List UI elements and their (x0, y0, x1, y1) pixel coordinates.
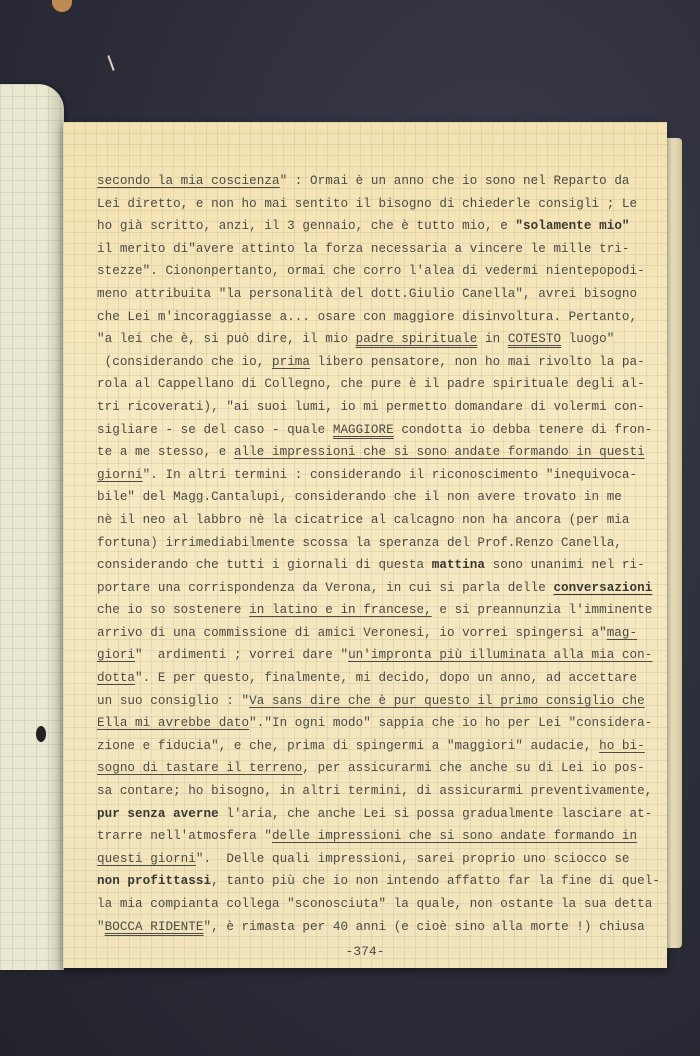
text-segment: il merito di"avere attinto la forza nece… (97, 242, 630, 256)
text-line: (considerando che io, prima libero pensa… (97, 351, 663, 374)
text-line: meno attribuita "la personalità del dott… (97, 283, 663, 306)
text-segment: meno attribuita "la personalità del dott… (97, 287, 637, 301)
text-segment: bile" del Magg.Cantalupi, considerando c… (97, 490, 622, 504)
text-segment: tri ricoverati), "ai suoi lumi, io mi pe… (97, 400, 645, 414)
text-segment: la mia compianta collega "sconosciuta" l… (97, 897, 652, 911)
text-segment: in (477, 332, 507, 346)
text-segment: luogo" (561, 332, 614, 346)
text-segment: che Lei m'incoraggiasse a... osare con m… (97, 310, 637, 324)
text-segment: nè il neo al labbro nè la cicatrice al c… (97, 513, 630, 527)
emphasized-text: mag- (607, 626, 637, 640)
text-segment: trarre nell'atmosfera " (97, 829, 272, 843)
text-segment: "a lei che è, si può dire, il mio (97, 332, 356, 346)
text-line: Ella mi avrebbe dato"."In ogni modo" sap… (97, 712, 663, 735)
emphasized-text: giorni (97, 468, 143, 482)
emphasized-text: sogno di tastare il terreno (97, 761, 302, 775)
text-segment: sa contare; ho bisogno, in altri termini… (97, 784, 652, 798)
dust-fiber (107, 55, 114, 71)
text-line: considerando che tutti i giornali di que… (97, 554, 663, 577)
text-line: nè il neo al labbro nè la cicatrice al c… (97, 509, 663, 532)
text-line: giori" ardimenti ; vorrei dare "un'impro… (97, 644, 663, 667)
text-line: secondo la mia coscienza" : Ormai è un a… (97, 170, 663, 193)
emphasized-text: non profittassi (97, 874, 211, 888)
text-segment: che io so sostenere (97, 603, 249, 617)
text-segment: libero pensatore, non ho mai rivolto la … (310, 355, 645, 369)
text-line: un suo consiglio : "Va sans dire che è p… (97, 690, 663, 713)
text-line: portare una corrispondenza da Verona, in… (97, 577, 663, 600)
emphasized-text: ho bi- (599, 739, 645, 753)
text-line: non profittassi, tanto più che io non in… (97, 870, 663, 893)
text-segment: (considerando che io, (97, 355, 272, 369)
text-segment: ". Delle quali impressioni, sarei propri… (196, 852, 630, 866)
emphasized-text: pur senza averne (97, 807, 219, 821)
emphasized-text: un'impronta più illuminata alla mia con- (348, 648, 652, 662)
text-line: che io so sostenere in latino e in franc… (97, 599, 663, 622)
text-line: che Lei m'incoraggiasse a... osare con m… (97, 306, 663, 329)
emphasized-text: Ella mi avrebbe dato (97, 716, 249, 730)
text-segment: stezze". Ciononpertanto, ormai che corro… (97, 264, 645, 278)
text-segment: ". E per questo, finalmente, mi decido, … (135, 671, 637, 685)
text-segment: ", è rimasta per 40 anni (e cioè sino al… (204, 920, 645, 934)
text-segment: zione e fiducia", e che, prima di spinge… (97, 739, 599, 753)
text-line: zione e fiducia", e che, prima di spinge… (97, 735, 663, 758)
text-line: stezze". Ciononpertanto, ormai che corro… (97, 260, 663, 283)
previous-page-curled (0, 84, 64, 970)
text-segment: fortuna) irrimediabilmente scossa la spe… (97, 536, 622, 550)
text-segment: portare una corrispondenza da Verona, in… (97, 581, 553, 595)
text-segment: considerando che tutti i giornali di que… (97, 558, 432, 572)
emphasized-text: "solamente mio" (515, 219, 629, 233)
text-line: questi giorni". Delle quali impressioni,… (97, 848, 663, 871)
emphasized-text: MAGGIORE (333, 423, 394, 437)
binder-clip (52, 0, 72, 12)
text-line: "BOCCA RIDENTE", è rimasta per 40 anni (… (97, 916, 663, 939)
text-line: tri ricoverati), "ai suoi lumi, io mi pe… (97, 396, 663, 419)
text-segment: ". In altri termini : considerando il ri… (143, 468, 638, 482)
text-segment: e si preannunzia l'imminente (432, 603, 653, 617)
text-segment: sigliare - se del caso - quale (97, 423, 333, 437)
text-segment: te a me stesso, e (97, 445, 234, 459)
text-line: sa contare; ho bisogno, in altri termini… (97, 780, 663, 803)
emphasized-text: BOCCA RIDENTE (105, 920, 204, 934)
text-line: trarre nell'atmosfera "delle impressioni… (97, 825, 663, 848)
emphasized-text: dotta (97, 671, 135, 685)
text-segment: un suo consiglio : " (97, 694, 249, 708)
text-line: "a lei che è, si può dire, il mio padre … (97, 328, 663, 351)
text-segment: , tanto più che io non intendo affatto f… (211, 874, 660, 888)
text-line: giorni". In altri termini : considerando… (97, 464, 663, 487)
text-segment: " : Ormai è un anno che io sono nel Repa… (280, 174, 630, 188)
emphasized-text: padre spirituale (356, 332, 478, 346)
page-number: -374- (63, 944, 667, 959)
text-line: sigliare - se del caso - quale MAGGIORE … (97, 419, 663, 442)
text-line: pur senza averne l'aria, che anche Lei s… (97, 803, 663, 826)
emphasized-text: alle impressioni che si sono andate form… (234, 445, 645, 459)
punch-hole (36, 726, 46, 742)
typewritten-page: secondo la mia coscienza" : Ormai è un a… (63, 122, 667, 968)
text-line: sogno di tastare il terreno, per assicur… (97, 757, 663, 780)
text-line: dotta". E per questo, finalmente, mi dec… (97, 667, 663, 690)
text-line: fortuna) irrimediabilmente scossa la spe… (97, 532, 663, 555)
emphasized-text: secondo la mia coscienza (97, 174, 280, 188)
text-line: te a me stesso, e alle impressioni che s… (97, 441, 663, 464)
emphasized-text: delle impressioni che si sono andate for… (272, 829, 637, 843)
text-line: la mia compianta collega "sconosciuta" l… (97, 893, 663, 916)
emphasized-text: questi giorni (97, 852, 196, 866)
text-segment: condotta io debba tenere di fron- (394, 423, 653, 437)
text-line: il merito di"avere attinto la forza nece… (97, 238, 663, 261)
text-segment: rola al Cappellano di Collegno, che pure… (97, 377, 645, 391)
text-segment: l'aria, che anche Lei si possa gradualme… (219, 807, 653, 821)
emphasized-text: conversazioni (553, 581, 652, 595)
text-segment: " ardimenti ; vorrei dare " (135, 648, 348, 662)
emphasized-text: mattina (432, 558, 485, 572)
page-body-text: secondo la mia coscienza" : Ormai è un a… (97, 170, 663, 938)
text-segment: " (97, 920, 105, 934)
text-segment: arrivo di una commissione di amici Veron… (97, 626, 607, 640)
text-segment: "."In ogni modo" sappia che io ho per Le… (249, 716, 652, 730)
text-line: arrivo di una commissione di amici Veron… (97, 622, 663, 645)
emphasized-text: in latino e in francese, (249, 603, 432, 617)
text-segment: Lei diretto, e non ho mai sentito il bis… (97, 197, 637, 211)
text-line: ho già scritto, anzi, il 3 gennaio, che … (97, 215, 663, 238)
text-line: bile" del Magg.Cantalupi, considerando c… (97, 486, 663, 509)
emphasized-text: Va sans dire che è pur questo il primo c… (249, 694, 645, 708)
emphasized-text: COTESTO (508, 332, 561, 346)
text-segment: , per assicurarmi che anche su di Lei io… (302, 761, 644, 775)
emphasized-text: prima (272, 355, 310, 369)
emphasized-text: giori (97, 648, 135, 662)
text-line: Lei diretto, e non ho mai sentito il bis… (97, 193, 663, 216)
text-segment: sono unanimi nel ri- (485, 558, 645, 572)
text-segment: ho già scritto, anzi, il 3 gennaio, che … (97, 219, 515, 233)
text-line: rola al Cappellano di Collegno, che pure… (97, 373, 663, 396)
